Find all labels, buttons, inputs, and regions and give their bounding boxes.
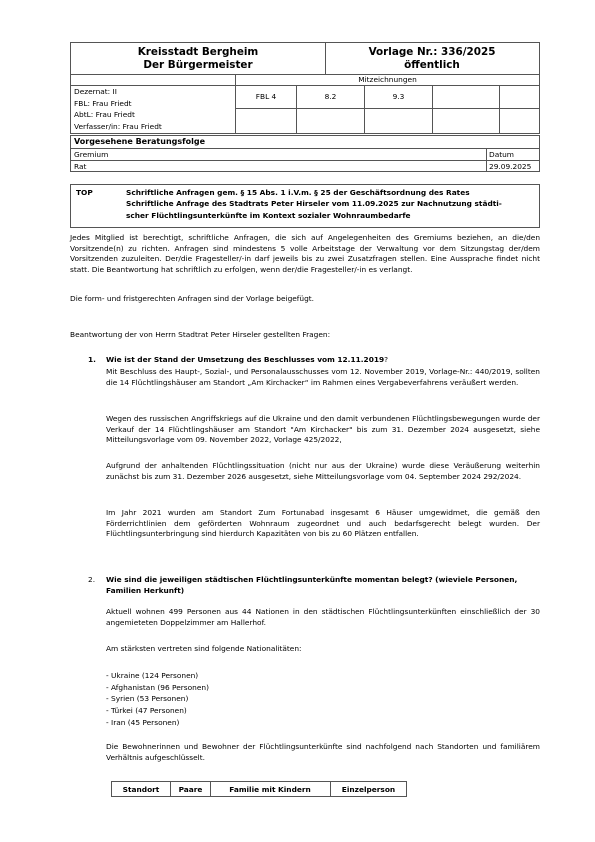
intro-paragraph: Jedes Mitglied ist berechtigt, schriftli…: [70, 233, 540, 276]
question-number: 1.: [88, 354, 96, 365]
signoff-cell: 9.3: [365, 92, 432, 102]
location-table: Standort Paare Familie mit Kindern Einze…: [111, 781, 407, 797]
column-gremium: Gremium: [74, 149, 108, 160]
column-standort: Standort: [112, 784, 170, 796]
question-text: Wie ist der Stand der Umsetzung des Besc…: [106, 355, 384, 364]
info-dezernat: Dezernat: II: [74, 86, 234, 98]
vorlage-visibility: öffentlich: [325, 59, 539, 72]
top-subject: Schriftliche Anfragen gem. § 15 Abs. 1 i…: [126, 187, 538, 221]
column-familie: Familie mit Kindern: [211, 784, 329, 796]
column-paare: Paare: [171, 784, 210, 796]
beratungsfolge-title: Vorgesehene Beratungsfolge: [74, 136, 474, 148]
top-subject-line: Schriftliche Anfragen gem. § 15 Abs. 1 i…: [126, 187, 538, 198]
authority-subtitle: Der Bürgermeister: [71, 59, 325, 72]
signoff-cell: 8.2: [297, 92, 364, 102]
answer-paragraph: Am stärksten vertreten sind folgende Nat…: [106, 644, 540, 655]
authority-block: Kreisstadt Bergheim Der Bürgermeister: [71, 43, 325, 74]
answer-paragraph: Aufgrund der anhaltenden Flüchtlingssitu…: [106, 461, 540, 482]
question-text: Wie sind die jeweiligen städtischen Flüc…: [106, 574, 540, 596]
question-number: 2.: [88, 574, 95, 585]
answer-paragraph: Wegen des russischen Angriffskriegs auf …: [106, 414, 540, 446]
answer-intro: Beantwortung der von Herrn Stadtrat Pete…: [70, 330, 540, 341]
question-1-title: Wie ist der Stand der Umsetzung des Besc…: [106, 354, 540, 365]
beratungsfolge-table: Vorgesehene Beratungsfolge Gremium Datum…: [70, 135, 540, 172]
mitzeichnungen-label: Mitzeichnungen: [236, 75, 539, 85]
info-abtl: AbtL: Frau Friedt: [74, 109, 234, 121]
datum-value: 29.09.2025: [489, 161, 531, 172]
list-item: - Ukraine (124 Personen): [106, 670, 406, 682]
responsibility-info: Dezernat: II FBL: Frau Friedt AbtL: Frau…: [74, 86, 234, 132]
list-item: - Türkei (47 Personen): [106, 705, 406, 717]
signoff-cell: FBL 4: [236, 92, 296, 102]
vorlage-block: Vorlage Nr.: 336/2025 öffentlich: [325, 43, 539, 74]
info-fbl: FBL: Frau Friedt: [74, 98, 234, 110]
answer-paragraph: Im Jahr 2021 wurden am Standort Zum Fort…: [106, 508, 540, 540]
attachment-note: Die form- und fristgerechten Anfragen si…: [70, 294, 540, 305]
answer-paragraph: Aktuell wohnen 499 Personen aus 44 Natio…: [106, 607, 540, 628]
info-verfasser: Verfasser/in: Frau Friedt: [74, 121, 234, 133]
answer-paragraph: Mit Beschluss des Haupt-, Sozial-, und P…: [106, 367, 540, 388]
question-suffix: ?: [384, 355, 388, 364]
list-item: - Iran (45 Personen): [106, 717, 406, 729]
header-table: Kreisstadt Bergheim Der Bürgermeister Vo…: [70, 42, 540, 134]
gremium-value: Rat: [74, 161, 86, 172]
breakdown-note: Die Bewohnerinnen und Bewohner der Flüch…: [106, 741, 540, 763]
list-item: - Afghanistan (96 Personen): [106, 682, 406, 694]
top-box: TOP Schriftliche Anfragen gem. § 15 Abs.…: [70, 184, 540, 228]
column-einzelperson: Einzelperson: [331, 784, 406, 796]
nationality-list: - Ukraine (124 Personen) - Afghanistan (…: [106, 670, 406, 729]
top-subject-line: Schriftliche Anfrage des Stadtrats Peter…: [126, 198, 538, 209]
top-subject-line: scher Flüchtlingsunterkünfte im Kontext …: [126, 210, 538, 221]
vorlage-number: Vorlage Nr.: 336/2025: [325, 46, 539, 59]
top-label: TOP: [76, 187, 93, 198]
list-item: - Syrien (53 Personen): [106, 693, 406, 705]
authority-name: Kreisstadt Bergheim: [71, 46, 325, 59]
column-datum: Datum: [489, 149, 514, 160]
